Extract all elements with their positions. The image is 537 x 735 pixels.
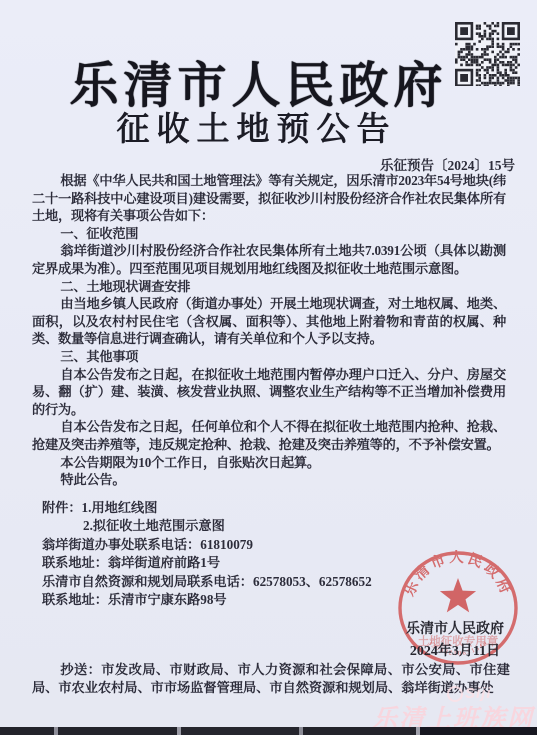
document-number: 乐征预告〔2024〕15号	[380, 154, 515, 174]
body-paragraph: 本公告期限为10个工作日，自张贴次日起算。	[32, 454, 506, 472]
signature-block: 乐清市人民政府 2024年3月11日	[406, 619, 504, 662]
announcement-body: 根据《中华人民共和国土地管理法》等有关规定，因乐清市2023年54号地块(纬二十…	[32, 172, 506, 489]
document-page: 乐清市人民政府 征收土地预公告 乐征预告〔2024〕15号 根据《中华人民共和国…	[0, 0, 537, 735]
contact-address-line: 联系地址：翁垟街道府前路1号	[42, 554, 372, 572]
section-heading: 二、土地现状调查安排	[32, 278, 506, 296]
attachments-block: 附件：1.用地红线图 2.拟征收土地范围示意图 翁垟街道办事处联系电话：6181…	[42, 499, 372, 609]
body-paragraph: 特此公告。	[32, 471, 506, 489]
signature-issuer: 乐清市人民政府	[406, 619, 504, 641]
body-paragraph: 自本公告发布之日起，在拟征收土地范围内暂停办理户口迁入、分户、房屋交易、翻（扩）…	[32, 366, 506, 419]
scan-edge-band	[0, 727, 537, 735]
page-subtitle: 征收土地预公告	[0, 103, 537, 150]
attachment-line: 2.拟征收土地范围示意图	[83, 517, 372, 535]
contact-address-line: 联系地址：乐清市宁康东路98号	[42, 591, 372, 609]
contact-phone-line: 翁垟街道办事处联系电话：61810079	[42, 536, 372, 554]
section-heading: 一、征收范围	[32, 225, 506, 243]
cc-block: 抄送：市发改局、市财政局、市人力资源和社会保障局、市公安局、市住建局、市农业农村…	[32, 661, 510, 698]
body-paragraph: 翁垟街道沙川村股份经济合作社农民集体所有土地共7.0391公顷（具体以勘测定界成…	[32, 242, 506, 277]
body-paragraph: 根据《中华人民共和国土地管理法》等有关规定，因乐清市2023年54号地块(纬二十…	[32, 172, 506, 225]
body-paragraph: 自本公告发布之日起，任何单位和个人不得在拟征收土地范围内抢种、抢栽、抢建及突击养…	[32, 418, 506, 453]
attachment-line: 附件：1.用地红线图	[42, 499, 372, 517]
seal-star-icon	[440, 578, 476, 612]
section-heading: 三、其他事项	[32, 348, 506, 366]
contact-phone-line: 乐清市自然资源和规划局联系电话：62578053、62578652	[42, 573, 372, 591]
body-paragraph: 由当地乡镇人民政府（街道办事处）开展土地现状调查，对土地权属、地类、面积，以及农…	[32, 295, 506, 348]
cc-text: 抄送：市发改局、市财政局、市人力资源和社会保障局、市公安局、市住建局、市农业农村…	[32, 661, 510, 698]
signature-date: 2024年3月11日	[406, 641, 504, 663]
